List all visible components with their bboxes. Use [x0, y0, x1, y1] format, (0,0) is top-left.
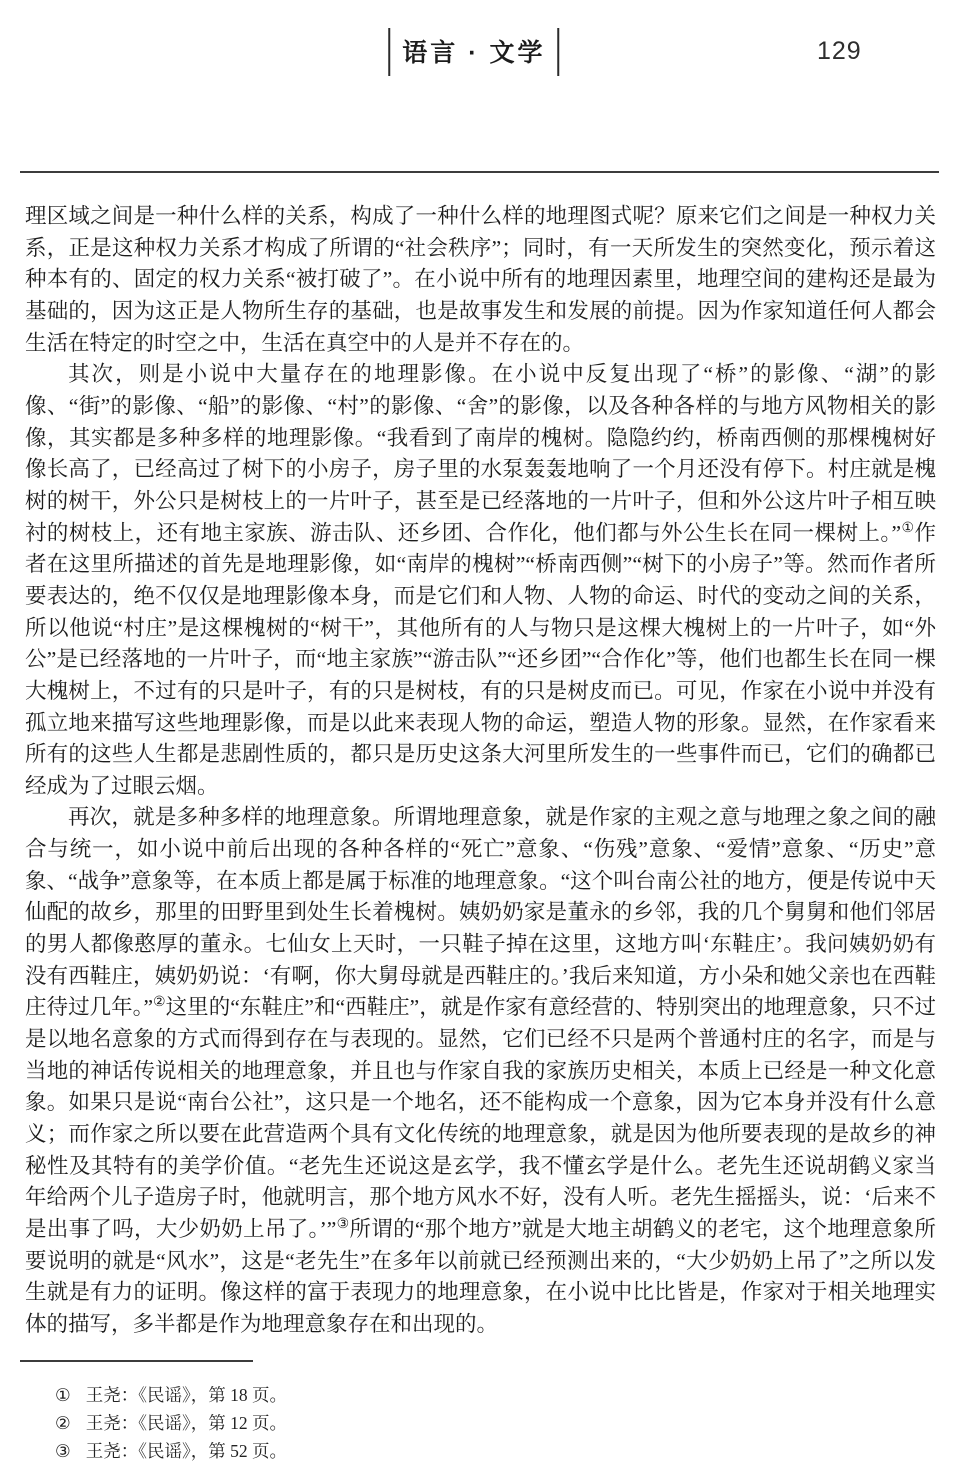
footnote-item: ②王尧：《民谣》，第 12 页。: [55, 1409, 915, 1437]
page-header: 语言 · 文学 129: [0, 28, 958, 74]
section-title: 语言 · 文学: [388, 28, 559, 76]
journal-page: 语言 · 文学 129 理区域之间是一种什么样的关系，构成了一种什么样的地理图式…: [0, 0, 958, 1476]
footnote-item: ③王尧：《民谣》，第 52 页。: [55, 1437, 915, 1465]
footnote-ref: ①: [901, 520, 914, 535]
page-number: 129: [817, 37, 862, 66]
footnote-text: 王尧：《民谣》，第 18 页。: [86, 1381, 915, 1409]
footnote-ref: ②: [153, 995, 166, 1010]
footnote-text: 王尧：《民谣》，第 52 页。: [86, 1437, 915, 1465]
footnote-item: ①王尧：《民谣》，第 18 页。: [55, 1381, 915, 1409]
footnote-divider: [20, 1360, 253, 1362]
footnote-ref: ③: [336, 1217, 349, 1232]
paragraph: 再次，就是多种多样的地理意象。所谓地理意象，就是作家的主观之意与地理之象之间的融…: [25, 802, 936, 1340]
paragraph: 其次，则是小说中大量存在的地理影像。在小说中反复出现了“桥”的影像、“湖”的影像…: [25, 359, 936, 802]
footnote-marker: ①: [55, 1381, 71, 1409]
footnote-marker: ③: [55, 1437, 71, 1465]
article-body: 理区域之间是一种什么样的关系，构成了一种什么样的地理图式呢？原来它们之间是一种权…: [25, 201, 936, 1341]
footnotes: ①王尧：《民谣》，第 18 页。②王尧：《民谣》，第 12 页。③王尧：《民谣》…: [55, 1381, 915, 1466]
header-divider: [20, 171, 939, 173]
paragraph: 理区域之间是一种什么样的关系，构成了一种什么样的地理图式呢？原来它们之间是一种权…: [25, 201, 936, 359]
footnote-text: 王尧：《民谣》，第 12 页。: [86, 1409, 915, 1437]
footnote-marker: ②: [55, 1409, 71, 1437]
